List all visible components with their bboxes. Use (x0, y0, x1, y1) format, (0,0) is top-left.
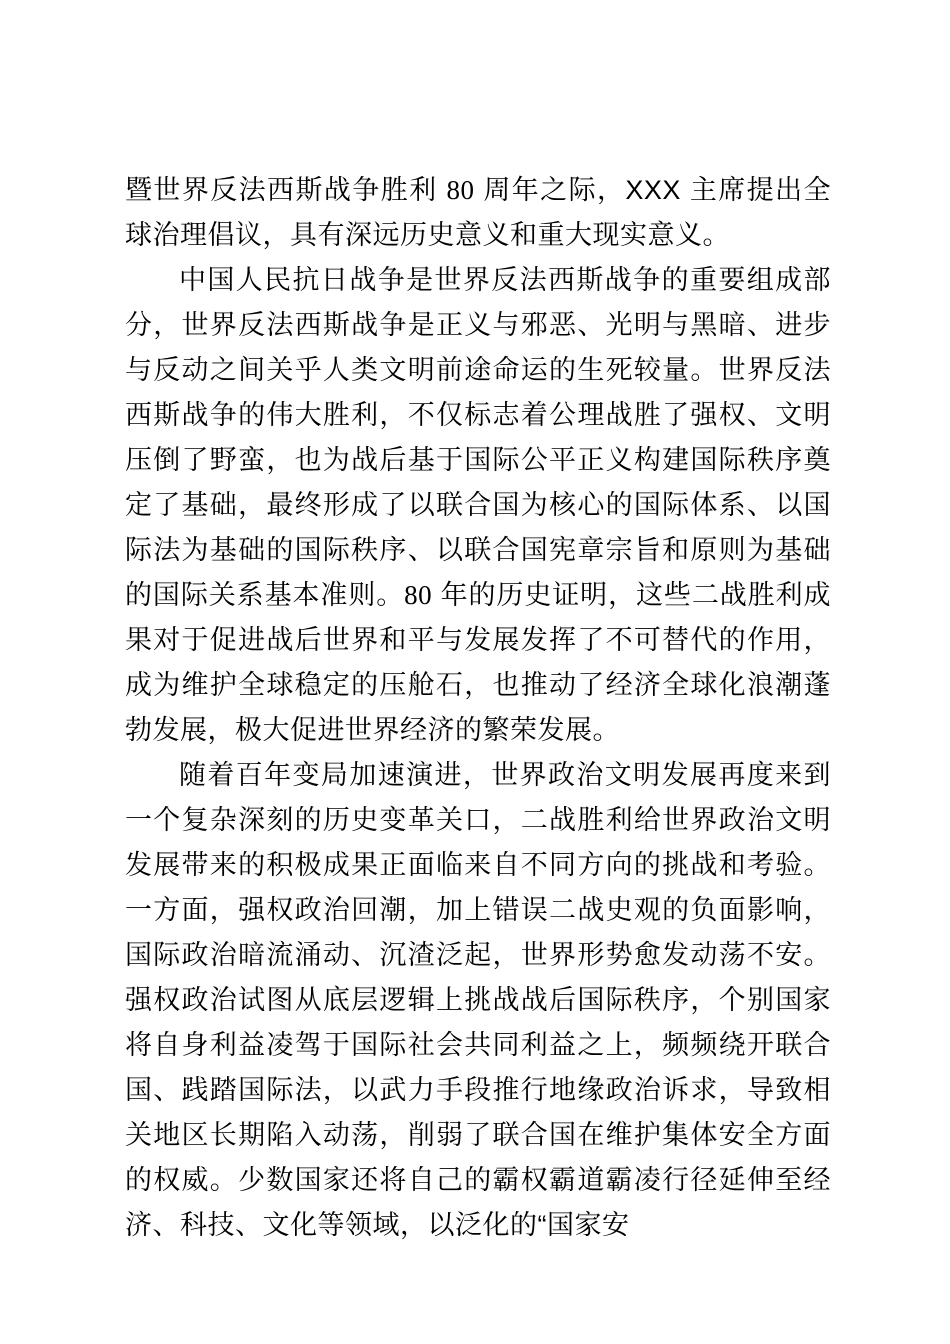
latin-number: 80 (404, 580, 432, 610)
document-body: 暨世界反法西斯战争胜利 80 周年之际，XXX 主席提出全球治理倡议，具有深远历… (125, 168, 831, 1248)
document-page: 暨世界反法西斯战争胜利 80 周年之际，XXX 主席提出全球治理倡议，具有深远历… (0, 0, 950, 1344)
paragraph-2: 中国人民抗日战争是世界反法西斯战争的重要组成部分，世界反法西斯战争是正义与邪恶、… (125, 258, 831, 753)
latin-number: 80 (446, 175, 474, 205)
paragraph-3: 随着百年变局加速演进，世界政治文明发展再度来到一个复杂深刻的历史变革关口，二战胜… (125, 753, 831, 1248)
paragraph-1: 暨世界反法西斯战争胜利 80 周年之际，XXX 主席提出全球治理倡议，具有深远历… (125, 168, 831, 258)
